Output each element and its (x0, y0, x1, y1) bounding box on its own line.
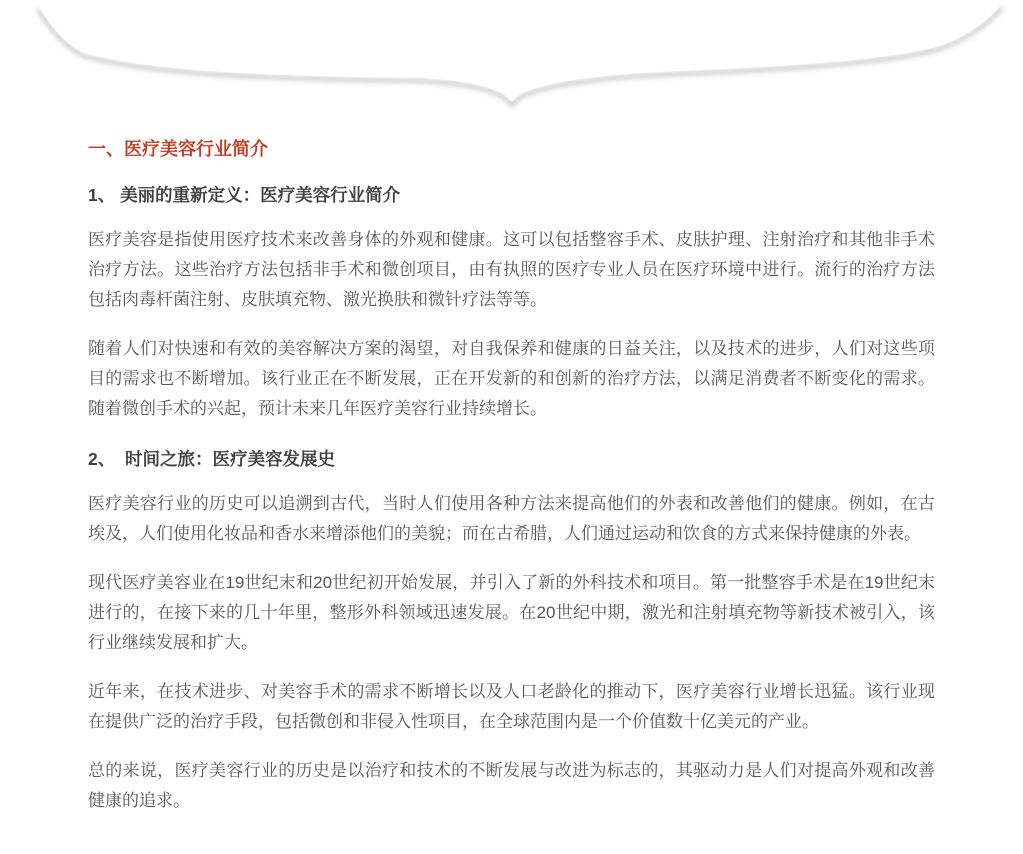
article-page: 提高外在美，增强内在自信——医疗美容革命 一、医疗美容行业简介 1、 美丽的重新… (0, 0, 1023, 854)
paragraph-industry-growth: 随着人们对快速和有效的美容解决方案的渴望，对自我保养和健康的日益关注，以及技术的… (88, 334, 935, 424)
section-1-heading: 一、医疗美容行业简介 (88, 138, 935, 160)
subsection-2-heading: 2、 时间之旅：医疗美容发展史 (88, 448, 935, 470)
paragraph-recent-years: 近年来，在技术进步、对美容手术的需求不断增长以及人口老龄化的推动下，医疗美容行业… (88, 677, 935, 737)
paragraph-ancient-history: 医疗美容行业的历史可以追溯到古代，当时人们使用各种方法来提高他们的外表和改善他们… (88, 489, 935, 549)
article-body: 一、医疗美容行业简介 1、 美丽的重新定义：医疗美容行业简介 医疗美容是指使用医… (88, 138, 935, 816)
article-header: 提高外在美，增强内在自信——医疗美容革命 (0, 0, 1023, 125)
paragraph-modern-development: 现代医疗美容业在19世纪末和20世纪初开始发展，并引入了新的外科技术和项目。第一… (88, 568, 935, 658)
paragraph-summary: 总的来说，医疗美容行业的历史是以治疗和技术的不断发展与改进为标志的，其驱动力是人… (88, 756, 935, 816)
paragraph-industry-definition: 医疗美容是指使用医疗技术来改善身体的外观和健康。这可以包括整容手术、皮肤护理、注… (88, 225, 935, 315)
banner-curve-divider (0, 0, 1023, 125)
subsection-1-heading: 1、 美丽的重新定义：医疗美容行业简介 (88, 184, 935, 206)
